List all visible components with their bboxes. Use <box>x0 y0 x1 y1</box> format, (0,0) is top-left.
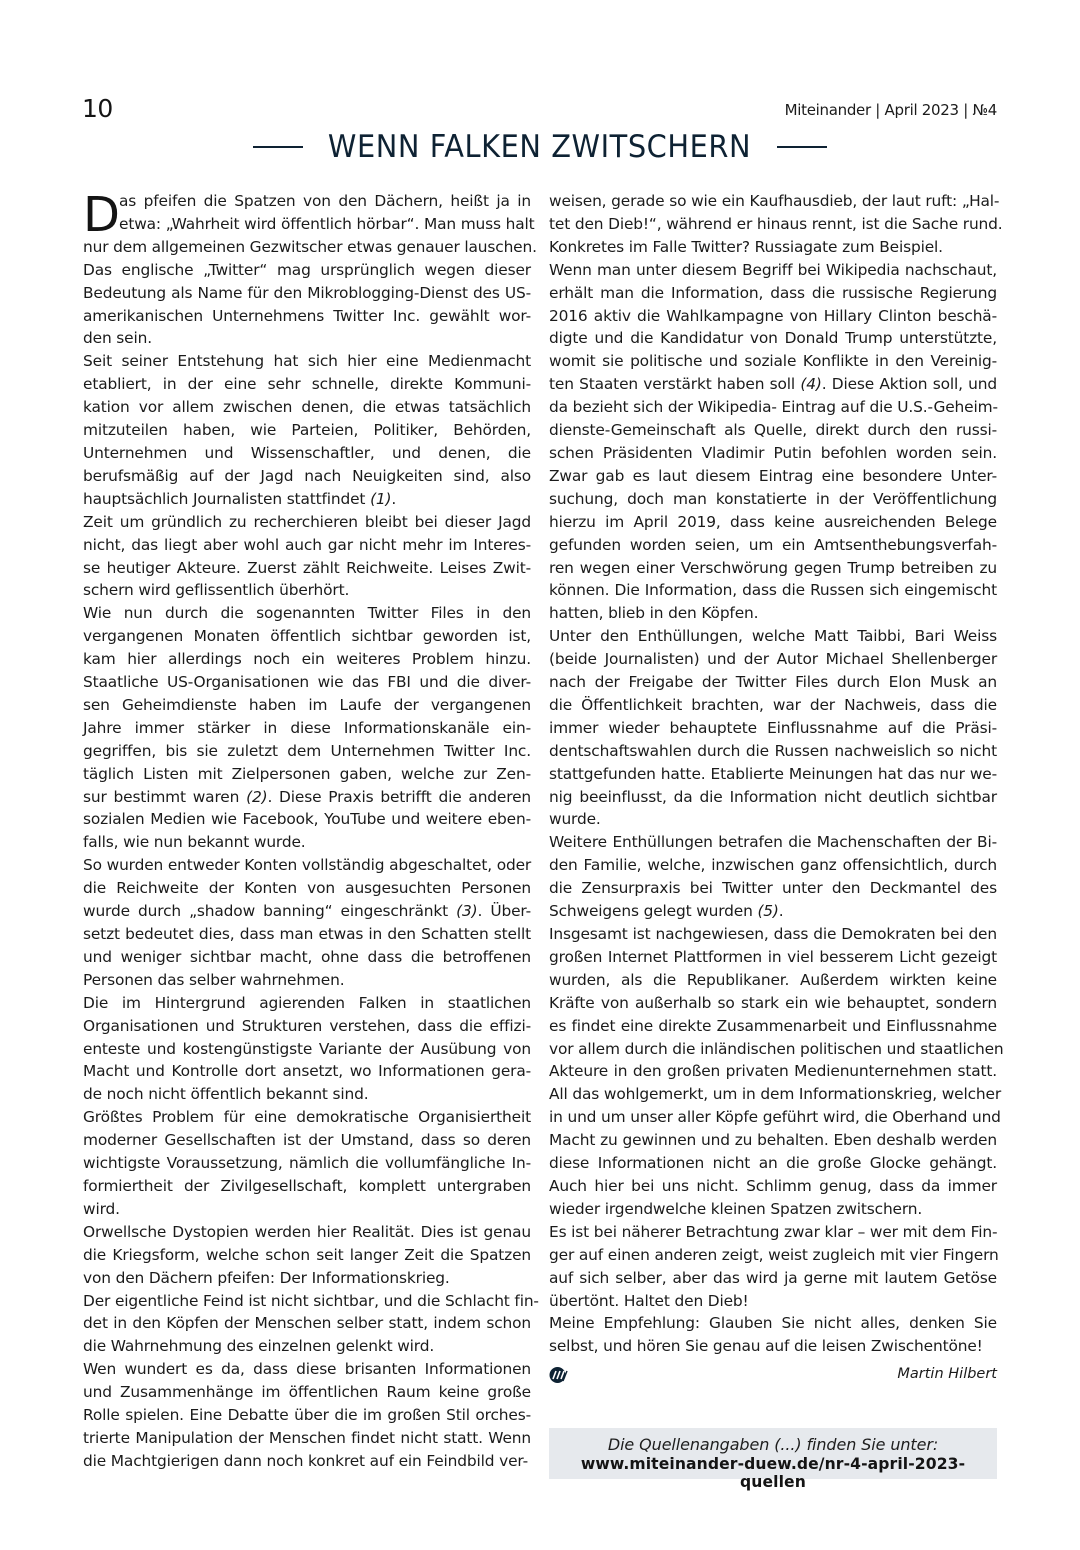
text-line: Unternehmen und Wissenschaftler, und den… <box>83 442 531 465</box>
citation-ref: (5) <box>757 902 778 920</box>
article-paragraph: Wenn man unter diesem Begriff bei Wikipe… <box>549 259 997 626</box>
text-line: Weitere Enthüllungen betrafen die Machen… <box>549 831 997 854</box>
author-signature: Martin Hilbert <box>897 1366 997 1382</box>
text-line: Akteure in den großen privaten Medienunt… <box>549 1060 997 1083</box>
text-line: vor allem durch die inländischen politis… <box>549 1038 997 1061</box>
text-line: täglich Listen mit Zielpersonen gaben, w… <box>83 763 531 786</box>
miteinander-logo-icon <box>549 1366 569 1384</box>
text-line: hauptsächlich Journalisten stattfindet (… <box>83 488 531 511</box>
text-line: Die im Hintergrund agierenden Falken in … <box>83 992 531 1015</box>
text-line: setzt bedeutet dies, dass man etwas in d… <box>83 923 531 946</box>
text-line: Zeit um gründlich zu recherchieren bleib… <box>83 511 531 534</box>
text-line: die Machtgierigen dann noch konkret auf … <box>83 1450 531 1473</box>
text-line: es findet eine direkte Zusammenarbeit un… <box>549 1015 997 1038</box>
text-line: Unter den Enthüllungen, welche Matt Taib… <box>549 625 997 648</box>
article-paragraph: Wie nun durch die sogenannten Twitter Fi… <box>83 602 531 854</box>
text-line: wieder irgendwelche kleinen Spatzen zwit… <box>549 1198 997 1221</box>
article-paragraph: Meine Empfehlung: Glauben Sie nicht alle… <box>549 1312 997 1358</box>
text-line: Macht zu gewinnen und zu behalten. Eben … <box>549 1129 997 1152</box>
article-paragraph: weisen, gerade so wie ein Kaufhausdieb, … <box>549 190 997 259</box>
sources-label: Die Quellenangaben (...) finden Sie unte… <box>549 1435 997 1454</box>
article-paragraph: as pfeifen die Spatzen von den Dächern, … <box>83 190 531 350</box>
text-line: Das englische „Twitter“ mag ursprünglich… <box>83 259 531 282</box>
article-paragraph: Insgesamt ist nachgewiesen, dass die Dem… <box>549 923 997 1221</box>
article-paragraph: Größtes Problem für eine demokratische O… <box>83 1106 531 1221</box>
text-line: übertönt. Haltet den Dieb! <box>549 1290 997 1313</box>
text-line: Personen das selber wahrnehmen. <box>83 969 531 992</box>
text-line: Bedeutung als Name für den Mikroblogging… <box>83 282 531 305</box>
text-line: erhält man die Information, dass die rus… <box>549 282 997 305</box>
text-line: Auch hier bei uns nicht. Schlimm genug, … <box>549 1175 997 1198</box>
text-line: trierte Manipulation der Menschen findet… <box>83 1427 531 1450</box>
text-line: (beide Journalisten) und der Autor Micha… <box>549 648 997 671</box>
text-line: Wen wundert es da, dass diese brisanten … <box>83 1358 531 1381</box>
article-paragraph: Wen wundert es da, dass diese brisanten … <box>83 1358 531 1473</box>
text-line: immer wieder behauptete Einflussnahme au… <box>549 717 997 740</box>
title-rule-right <box>777 146 827 148</box>
text-line: Jahre immer stärker in diese Information… <box>83 717 531 740</box>
article-paragraph: Seit seiner Entstehung hat sich hier ein… <box>83 350 531 510</box>
text-line: hierzu im April 2019, dass keine ausreic… <box>549 511 997 534</box>
text-line: se heutiger Akteure. Zuerst zählt Reichw… <box>83 557 531 580</box>
text-line: und Zusammenhänge im öffentlichen Raum k… <box>83 1381 531 1404</box>
article-title: WENN FALKEN ZWITSCHERN <box>328 129 751 165</box>
citation-ref: (2) <box>246 788 267 806</box>
text-line: ren wegen einer Verschwörung gegen Trump… <box>549 557 997 580</box>
text-line: de noch nicht öffentlich bekannt sind. <box>83 1083 531 1106</box>
text-line: dentschaftswahlen durch die Russen nachw… <box>549 740 997 763</box>
text-line: nach der Freigabe der Twitter Files durc… <box>549 671 997 694</box>
sources-url-link[interactable]: www.miteinander-duew.de/nr-4-april-2023-… <box>549 1455 997 1491</box>
text-line: womit sie politische und soziale Konflik… <box>549 350 997 373</box>
text-line: kam hier allerdings noch ein weiteres Pr… <box>83 648 531 671</box>
text-line: die Wahrnehmung des einzelnen gelenkt wi… <box>83 1335 531 1358</box>
text-line: nur dem allgemeinen Gezwitscher etwas ge… <box>83 236 531 259</box>
text-line: berufsmäßig auf der Jagd nach Neuigkeite… <box>83 465 531 488</box>
text-line: digte und die Kandidatur von Donald Trum… <box>549 327 997 350</box>
text-line: Staatliche US-Organisationen wie das FBI… <box>83 671 531 694</box>
text-line: wurde. <box>549 808 997 831</box>
text-line: etabliert, in der eine sehr schnelle, di… <box>83 373 531 396</box>
text-line: det in den Köpfen der Menschen selber st… <box>83 1312 531 1335</box>
issue-info: Miteinander | April 2023 | №4 <box>785 101 997 119</box>
text-line: Wie nun durch die sogenannten Twitter Fi… <box>83 602 531 625</box>
text-line: schern wird geflissentlich überhört. <box>83 579 531 602</box>
text-line: suchung, doch man konstatierte in der Ve… <box>549 488 997 511</box>
sources-box: Die Quellenangaben (...) finden Sie unte… <box>549 1428 997 1479</box>
text-line: den Familie, welche, inzwischen ganz off… <box>549 854 997 877</box>
article-paragraph: Zeit um gründlich zu recherchieren bleib… <box>83 511 531 603</box>
text-line: Rolle spielen. Eine Debatte über die im … <box>83 1404 531 1427</box>
text-line: Organisationen und Strukturen verstehen,… <box>83 1015 531 1038</box>
article-paragraph: Die im Hintergrund agierenden Falken in … <box>83 992 531 1107</box>
text-line: wird. <box>83 1198 531 1221</box>
title-rule-left <box>253 146 303 148</box>
text-line: Orwellsche Dystopien werden hier Realitä… <box>83 1221 531 1244</box>
text-line: weisen, gerade so wie ein Kaufhausdieb, … <box>549 190 997 213</box>
article-column-right: weisen, gerade so wie ein Kaufhausdieb, … <box>549 190 997 1358</box>
text-line: Insgesamt ist nachgewiesen, dass die Dem… <box>549 923 997 946</box>
text-line: hatten, blieb in den Köpfen. <box>549 602 997 625</box>
article-paragraph: Der eigentliche Feind ist nicht sichtbar… <box>83 1290 531 1359</box>
text-line: So wurden entweder Konten vollständig ab… <box>83 854 531 877</box>
text-line: Kräfte von außerhalb so stark ein wie be… <box>549 992 997 1015</box>
citation-ref: (4) <box>800 375 821 393</box>
text-line: den sein. <box>83 327 531 350</box>
text-line: können. Die Information, dass die Russen… <box>549 579 997 602</box>
text-line: 2016 aktiv die Wahlkampagne von Hillary … <box>549 305 997 328</box>
text-line: mitzuteilen haben, wie Parteien, Politik… <box>83 419 531 442</box>
article-paragraph: Unter den Enthüllungen, welche Matt Taib… <box>549 625 997 831</box>
text-line: gefunden worden seien, um ein Amtsentheb… <box>549 534 997 557</box>
text-line: kation vor allem zwischen denen, die etw… <box>83 396 531 419</box>
text-line: Macht und Kontrolle dort ansetzt, wo Inf… <box>83 1060 531 1083</box>
text-line: Zwar gab es laut diesem Eintrag eine bes… <box>549 465 997 488</box>
text-line: ger auf einen anderen zeigt, weist zugle… <box>549 1244 997 1267</box>
text-line: schen Präsidenten Vladimir Putin befohle… <box>549 442 997 465</box>
text-line: All das wohlgemerkt, um in dem Informati… <box>549 1083 997 1106</box>
text-line: nig beeinflusst, da die Information nich… <box>549 786 997 809</box>
page-number: 10 <box>82 94 113 123</box>
article-paragraph: Es ist bei näherer Betrachtung zwar klar… <box>549 1221 997 1313</box>
text-line: und weniger sichtbar macht, ohne dass di… <box>83 946 531 969</box>
text-line: falls, wie nun bekannt wurde. <box>83 831 531 854</box>
text-line: diese Informationen nicht an die große G… <box>549 1152 997 1175</box>
text-line: Es ist bei näherer Betrachtung zwar klar… <box>549 1221 997 1244</box>
text-line: gegriffen, bis sie zuletzt dem Unternehm… <box>83 740 531 763</box>
text-line: wurden, als die Republikaner. Außerdem w… <box>549 969 997 992</box>
text-line: Größtes Problem für eine demokratische O… <box>83 1106 531 1129</box>
text-line: sen Geheimdienste haben im Laufe der ver… <box>83 694 531 717</box>
text-line: wurde durch „shadow banning“ eingeschrän… <box>83 900 531 923</box>
text-line: Konkretes im Falle Twitter? Russiagate z… <box>549 236 997 259</box>
text-line: die Zensurpraxis bei Twitter unter den D… <box>549 877 997 900</box>
text-line: großen Internet Plattformen in viel bess… <box>549 946 997 969</box>
article-paragraph: Weitere Enthüllungen betrafen die Machen… <box>549 831 997 923</box>
text-line: tet den Dieb!“, während er hinaus rennt,… <box>549 213 997 236</box>
text-line: Wenn man unter diesem Begriff bei Wikipe… <box>549 259 997 282</box>
text-line: die Öffentlichkeit brachten, war der Nac… <box>549 694 997 717</box>
text-line: Meine Empfehlung: Glauben Sie nicht alle… <box>549 1312 997 1335</box>
citation-ref: (1) <box>370 490 391 508</box>
article-column-left: D as pfeifen die Spatzen von den Dächern… <box>83 190 531 1473</box>
article-title-row: WENN FALKEN ZWITSCHERN <box>0 126 1080 168</box>
text-line: in und um unser aller Köpfe geführt wird… <box>549 1106 997 1129</box>
text-line: die Kriegsform, welche schon seit langer… <box>83 1244 531 1267</box>
text-line: amerikanischen Unternehmens Twitter Inc.… <box>83 305 531 328</box>
text-line: da bezieht sich der Wikipedia- Eintrag a… <box>549 396 997 419</box>
text-line: sur bestimmt waren (2). Diese Praxis bet… <box>83 786 531 809</box>
text-line: stattgefunden hatte. Etablierte Meinunge… <box>549 763 997 786</box>
text-line: wichtigste Voraussetzung, nämlich die vo… <box>83 1152 531 1175</box>
text-line: moderner Gesellschaften ist der Umstand,… <box>83 1129 531 1152</box>
text-line: as pfeifen die Spatzen von den Dächern, … <box>83 190 531 213</box>
article-paragraph: So wurden entweder Konten vollständig ab… <box>83 854 531 991</box>
text-line: formiertheit der Zivilgesellschaft, komp… <box>83 1175 531 1198</box>
text-line: Der eigentliche Feind ist nicht sichtbar… <box>83 1290 531 1313</box>
text-line: dienste-Gemeinschaft als Quelle, direkt … <box>549 419 997 442</box>
text-line: selbst, und hören Sie genau auf die leis… <box>549 1335 997 1358</box>
text-line: nicht, das liegt aber wohl auch gar nich… <box>83 534 531 557</box>
text-line: auf sich selber, aber das wird ja gerne … <box>549 1267 997 1290</box>
text-line: sozialen Medien wie Facebook, YouTube un… <box>83 808 531 831</box>
text-line: Seit seiner Entstehung hat sich hier ein… <box>83 350 531 373</box>
text-line: Schweigens gelegt wurden (5). <box>549 900 997 923</box>
text-line: etwa: „Wahrheit wird öffentlich hörbar“.… <box>83 213 531 236</box>
text-line: die Reichweite der Konten von ausgesucht… <box>83 877 531 900</box>
article-paragraph: Orwellsche Dystopien werden hier Realitä… <box>83 1221 531 1290</box>
text-line: vergangenen Monaten öffentlich sichtbar … <box>83 625 531 648</box>
citation-ref: (3) <box>456 902 477 920</box>
text-line: ten Staaten verstärkt haben soll (4). Di… <box>549 373 997 396</box>
text-line: von den Dächern pfeifen: Der Information… <box>83 1267 531 1290</box>
drop-cap: D <box>83 193 120 237</box>
text-line: enteste und kostengünstigste Variante de… <box>83 1038 531 1061</box>
